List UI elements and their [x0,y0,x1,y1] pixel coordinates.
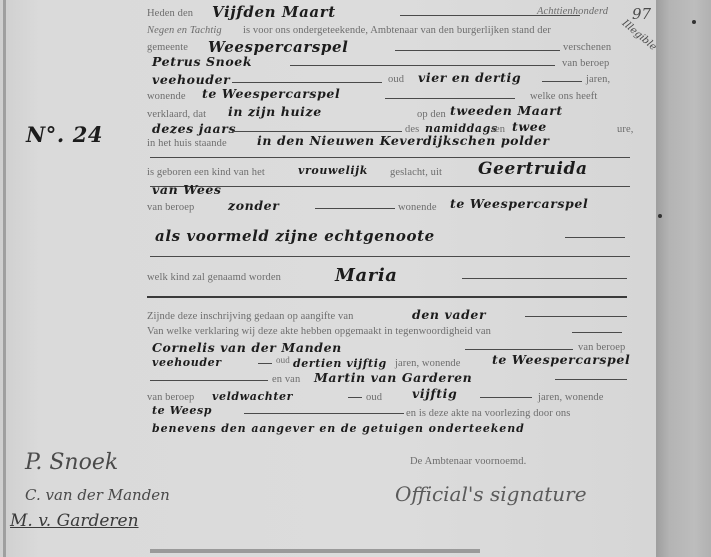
value-mother-occupation: zonder [228,198,279,213]
value-witness2-residence: te Weesp [152,404,212,417]
value-birth-year-phrase: dezes jaars [152,121,236,136]
label-ure: ure, [617,124,633,135]
fill-line [480,397,532,398]
value-witness2-age: vijftig [412,386,457,401]
value-mother-relation: als voormeld zijne echtgenoote [155,227,435,245]
signature-declarant: P. Snoek [25,450,118,475]
value-witness1-age: dertien vijftig [293,357,387,370]
certificate-page: N°. 24 Heden den Vijfden Maart Achttienh… [0,0,656,557]
label-van-welke: Van welke verklaring wij deze akte hebbe… [147,326,491,337]
fill-line [232,82,382,83]
fill-line [525,316,627,317]
value-declarant-age: vier en dertig [418,70,521,85]
fill-line [385,98,515,99]
label-en-is-deze: en is deze akte na voorlezing door ons [406,408,570,419]
value-declarant-name: Petrus Snoek [152,54,252,69]
label-wonende-2: wonende [398,202,437,213]
bottom-rule [150,549,480,553]
value-declarant-residence: te Weespercarspel [202,86,340,101]
fill-line [147,296,627,298]
value-witness2-occupation: veldwachter [212,390,293,403]
label-gemeente: gemeente [147,42,188,53]
fill-line [315,208,395,209]
fill-line [348,397,362,398]
fill-line [462,278,627,279]
fill-line [232,131,402,132]
label-verklaard-dat: verklaard, dat [147,109,206,120]
signature-witness1: C. van der Manden [25,486,170,504]
value-gender: vrouwelijk [298,164,368,177]
label-wonende: wonende [147,91,186,102]
label-en-van: en van [272,374,300,385]
label-oud-3: oud [366,392,382,403]
fill-line [465,349,573,350]
value-birth-location: in den Nieuwen Keverdijkschen polder [257,133,550,148]
value-witness1-name: Cornelis van der Manden [152,340,342,355]
label-van-beroep: van beroep [562,58,609,69]
label-in-het-huis: in het huis staande [147,138,227,149]
label-de-ambtenaar: De Ambtenaar voornoemd. [410,456,526,467]
value-mother-surname: van Wees [152,182,222,197]
act-number: N°. 24 [26,122,103,147]
value-hour: twee [512,119,547,134]
fill-line [244,413,404,414]
left-margin-rule [3,0,6,557]
label-heden-den: Heden den [147,8,193,19]
label-jaren: jaren, [586,74,610,85]
label-oud-2: oud [276,355,290,365]
value-witness1-occupation: veehouder [152,356,222,369]
label-verschenen: verschenen [563,42,611,53]
label-welke-ons-heeft: welke ons heeft [530,91,597,102]
label-negen-en-tachtig: Negen en Tachtig [147,25,222,36]
value-child-name: Maria [335,265,398,286]
value-informant: den vader [412,307,486,322]
label-van-beroep-4: van beroep [147,392,194,403]
label-op-den: op den [417,109,446,120]
fill-line [150,157,630,158]
value-date: Vijfden Maart [212,3,336,21]
fill-line [572,332,622,333]
fill-line [565,237,625,238]
fill-line [258,363,272,364]
fill-line [290,65,555,66]
fill-line [150,256,630,257]
label-jaren-wonende: jaren, wonende [395,358,461,369]
label-oud: oud [388,74,404,85]
signature-official: Official's signature [395,482,587,506]
label-is-voor-ons: is voor ons ondergeteekende, Ambtenaar v… [243,25,551,36]
label-jaren-wonende-2: jaren, wonende [538,392,604,403]
value-declaration: in zijn huize [228,104,322,119]
label-van-beroep-2: van beroep [147,202,194,213]
fill-line [150,186,630,187]
scan-background-edge [656,0,711,557]
value-witness2-name: Martin van Garderen [314,370,472,385]
label-is-geboren: is geboren een kind van het [147,167,265,178]
margin-note-97: 97 [632,5,651,23]
value-mother-first-name: Geertruida [478,159,588,179]
fill-line [542,81,582,82]
scan-speck [692,20,696,24]
fill-line [395,50,560,51]
label-geslacht-uit: geslacht, uit [390,167,442,178]
label-zijnde-deze: Zijnde deze inschrijving gedaan op aangi… [147,311,353,322]
scan-speck [658,214,662,218]
value-closing: benevens den aangever en de getuigen ond… [152,422,525,435]
value-mother-residence: te Weespercarspel [450,196,588,211]
label-achttienhonderd: Achttienhonderd [537,6,608,17]
label-welk-kind: welk kind zal genaamd worden [147,272,281,283]
fill-line [555,379,627,380]
signature-witness2: M. v. Garderen [10,511,139,531]
fill-line [150,380,268,381]
value-witness1-residence: te Weespercarspel [492,352,630,367]
value-birth-date: tweeden Maart [450,103,563,118]
value-declarant-occupation: veehouder [152,72,230,87]
